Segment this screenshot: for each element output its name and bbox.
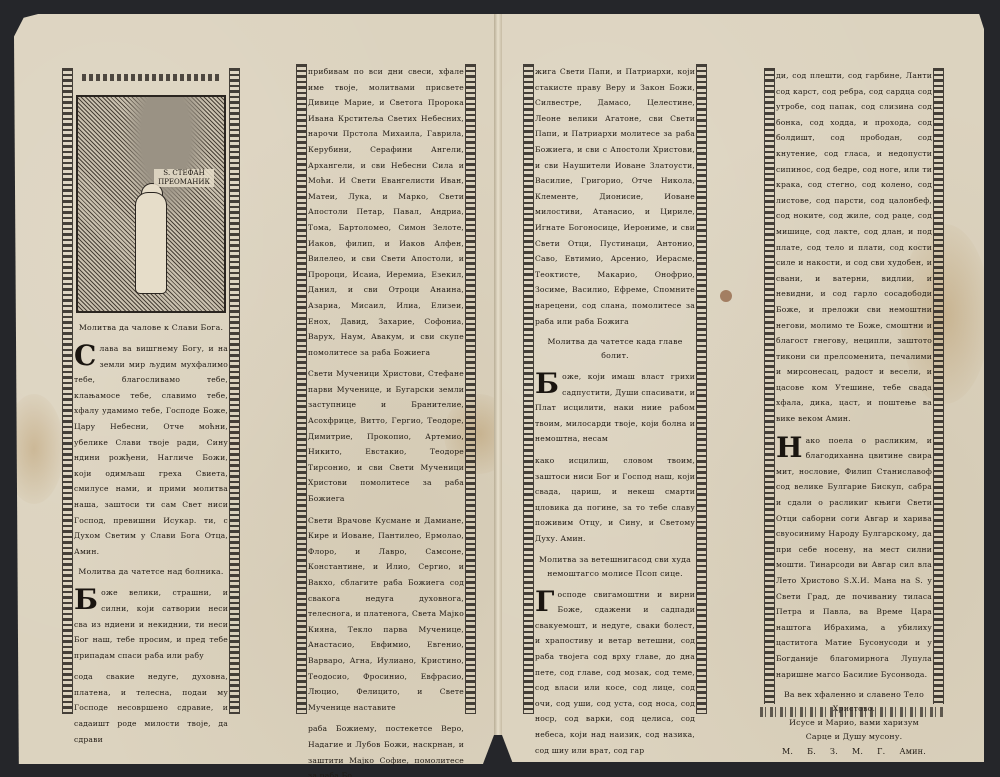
prayer-text: Свети Врачове Кусмане и Дамиане, Кире и … — [308, 513, 464, 716]
ornamental-border — [933, 68, 944, 704]
prayer-text: прибивам по вси дни свеси, хфале име тво… — [308, 64, 464, 360]
initial: Г. — [877, 744, 885, 760]
initial: З. — [830, 744, 838, 760]
initial: М. — [852, 744, 863, 760]
ornamental-border — [764, 68, 775, 704]
drop-cap: Б — [535, 371, 559, 397]
initials-row: М. Б. З. М. Г. Амин. — [776, 744, 932, 760]
ornamental-border — [523, 64, 534, 714]
initial: Б. — [807, 744, 816, 760]
prayer-text: како исцилиш, словом твоим, заштоси ниси… — [535, 453, 695, 547]
drop-cap: Н — [776, 435, 803, 461]
ornamental-border — [465, 64, 476, 714]
prayer-text: Нако поела о расликим, и благодиханна цв… — [776, 433, 932, 683]
ornamental-border — [62, 68, 73, 714]
drop-cap: С — [74, 343, 97, 369]
column-1: Ѕ. СТЕФАН ПРЕОМАНИК Молитва да чалове к … — [62, 68, 240, 714]
prayer-heading: Молитва да чалове к Слави Бога. — [74, 321, 228, 335]
ornamental-border — [296, 64, 307, 714]
woodcut-saint-stephen: Ѕ. СТЕФАН ПРЕОМАНИК — [76, 95, 226, 313]
prayer-text: Господе свигамоштни и вирни Боже, сдажен… — [535, 587, 695, 759]
prayer-text: ди, сод плешти, сод гарбине, Ланти сод к… — [776, 68, 932, 427]
woodcut-caption: Ѕ. СТЕФАН ПРЕОМАНИК — [154, 169, 214, 187]
drop-cap: Г — [535, 589, 555, 615]
prayer-heading: Молитва за ветешнигасод сви худа немошта… — [535, 553, 695, 581]
amen: Амин. — [899, 744, 926, 760]
ornamental-border — [696, 64, 707, 714]
prayer-heading: Молитва да чатетсе над болника. — [74, 565, 228, 579]
drop-cap: Б — [74, 587, 98, 613]
saint-figure — [136, 193, 166, 293]
prayer-text: Боже, који имаш власт грихи садпустити, … — [535, 369, 695, 447]
prayer-text: жига Свети Папи, и Патриархи, који стаки… — [535, 64, 695, 329]
column-3: жига Свети Папи, и Патриархи, који стаки… — [523, 64, 707, 714]
ornamental-border — [229, 68, 240, 714]
prayer-text: Свети Мученици Христови, Стефане парви М… — [308, 366, 464, 506]
prayer-text: Боже велики, страшни, и силни, који сатв… — [74, 585, 228, 663]
binding-gutter — [494, 14, 502, 777]
column-2: прибивам по вси дни свеси, хфале име тво… — [296, 64, 476, 714]
initial: М. — [782, 744, 793, 760]
prayer-text: сода свакие недуге, духовна, платена, и … — [74, 669, 228, 747]
ink-spot — [720, 290, 732, 302]
prayer-text: Слава ва вишгнему Богу, и на земли мир љ… — [74, 341, 228, 559]
closing-line: Исусе и Марио, вами харизум Сарце и Душу… — [776, 716, 932, 744]
prayer-heading: Молитва да чатетсе када главе болит. — [535, 335, 695, 363]
water-stain — [4, 394, 64, 504]
ornamental-rule — [82, 74, 220, 81]
fleuron-border — [760, 707, 945, 717]
prayer-text: раба Божиему, постекетсе Веро, Надагие и… — [308, 721, 464, 777]
column-4: ди, сод плешти, сод гарбине, Ланти сод к… — [764, 68, 944, 704]
